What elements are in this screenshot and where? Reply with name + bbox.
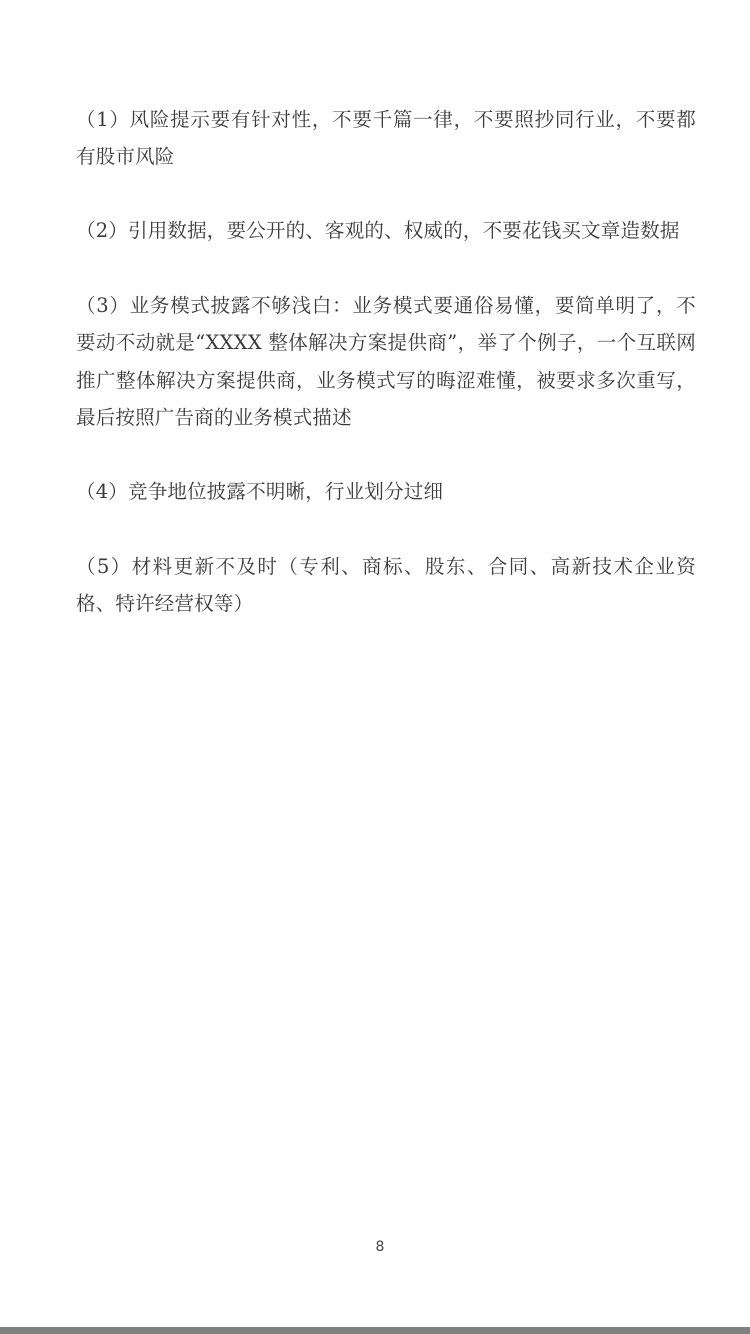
page-number: 8	[0, 1239, 750, 1255]
paragraph-data-citation: （2）引用数据，要公开的、客观的、权威的，不要花钱买文章造数据	[76, 212, 696, 249]
bottom-bar	[0, 1327, 750, 1334]
paragraph-business-model: （3）业务模式披露不够浅白：业务模式要通俗易懂，要简单明了，不要动不动就是“XX…	[76, 287, 696, 436]
paragraph-risk-warning: （1）风险提示要有针对性，不要千篇一律，不要照抄同行业，不要都有股市风险	[76, 101, 696, 176]
document-page: （1）风险提示要有针对性，不要千篇一律，不要照抄同行业，不要都有股市风险 （2）…	[0, 0, 750, 1327]
paragraph-competitive-position: （4）竞争地位披露不明晰，行业划分过细	[76, 473, 696, 510]
paragraph-material-update: （5）材料更新不及时（专利、商标、股东、合同、高新技术企业资格、特许经营权等）	[76, 548, 696, 623]
